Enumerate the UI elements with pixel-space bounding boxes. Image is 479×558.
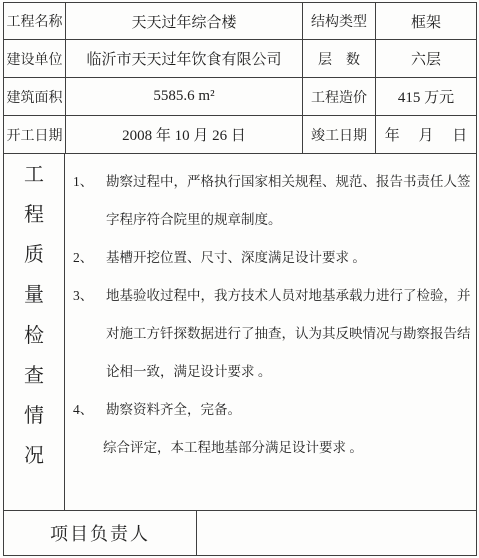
floors-value: 六层 (376, 40, 476, 77)
floors-label: 层 数 (303, 40, 376, 77)
completion-date-value: 年 月 日 (376, 116, 476, 153)
inspection-item: 4、 勘察资料齐全，完备。 (73, 391, 472, 429)
project-name-value: 天天过年综合楼 (66, 3, 303, 39)
building-area-value: 5585.6 m² (66, 78, 303, 115)
project-cost-value: 415 万元 (376, 78, 476, 115)
section-title-vertical: 工 程 质 量 检 查 情 况 (4, 154, 65, 510)
project-name-label: 工程名称 (4, 3, 66, 39)
item-text: 勘察资料齐全，完备。 (106, 391, 472, 429)
completion-date-label: 竣工日期 (303, 116, 376, 153)
start-date-value: 2008 年 10 月 26 日 (66, 116, 303, 153)
inspection-item: 3、 地基验收过程中，我方技术人员对地基承载力进行了检验，并对施工方钎探数据进行… (73, 277, 472, 391)
item-number: 4、 (73, 391, 106, 429)
item-number: 1、 (73, 163, 106, 239)
table-row: 开工日期 2008 年 10 月 26 日 竣工日期 年 月 日 (4, 116, 476, 154)
item-text: 勘察过程中，严格执行国家相关规程、规范、报告书责任人签字程序符合院里的规章制度。 (106, 163, 472, 239)
item-number: 2、 (73, 239, 106, 277)
structure-type-label: 结构类型 (303, 3, 376, 39)
title-char: 程 (24, 205, 44, 225)
title-char: 况 (24, 446, 44, 466)
item-text: 基槽开挖位置、尺寸、深度满足设计要求 。 (106, 239, 472, 277)
title-char: 情 (24, 406, 44, 426)
title-char: 质 (24, 245, 44, 265)
start-date-label: 开工日期 (4, 116, 66, 153)
construction-unit-value: 临沂市天天过年饮食有限公司 (66, 40, 303, 77)
table-row: 工程名称 天天过年综合楼 结构类型 框架 (4, 3, 476, 40)
title-char: 工 (24, 165, 44, 185)
table-row: 建设单位 临沂市天天过年饮食有限公司 层 数 六层 (4, 40, 476, 78)
building-area-label: 建筑面积 (4, 78, 66, 115)
title-char: 查 (24, 366, 44, 386)
project-leader-label: 项目负责人 (4, 511, 197, 555)
title-char: 量 (24, 285, 44, 305)
inspection-item: 2、 基槽开挖位置、尺寸、深度满足设计要求 。 (73, 239, 472, 277)
construction-unit-label: 建设单位 (4, 40, 66, 77)
structure-type-value: 框架 (376, 3, 476, 39)
title-char: 检 (24, 326, 44, 346)
inspection-item: 1、 勘察过程中，严格执行国家相关规程、规范、报告书责任人签字程序符合院里的规章… (73, 163, 472, 239)
project-leader-signature-area (197, 511, 476, 555)
overall-conclusion: 综合评定，本工程地基部分满足设计要求 。 (103, 429, 469, 467)
project-cost-label: 工程造价 (303, 78, 376, 115)
item-number: 3、 (73, 277, 106, 391)
item-text: 地基验收过程中，我方技术人员对地基承载力进行了检验，并对施工方钎探数据进行了抽查… (106, 277, 472, 391)
table-row: 建筑面积 5585.6 m² 工程造价 415 万元 (4, 78, 476, 116)
footer-row: 项目负责人 (4, 511, 476, 555)
inspection-section: 工 程 质 量 检 查 情 况 1、 勘察过程中，严格执行国家相关规程、规范、报… (4, 154, 476, 511)
engineering-acceptance-form: 工程名称 天天过年综合楼 结构类型 框架 建设单位 临沂市天天过年饮食有限公司 … (3, 2, 477, 556)
inspection-content: 1、 勘察过程中，严格执行国家相关规程、规范、报告书责任人签字程序符合院里的规章… (65, 154, 476, 510)
